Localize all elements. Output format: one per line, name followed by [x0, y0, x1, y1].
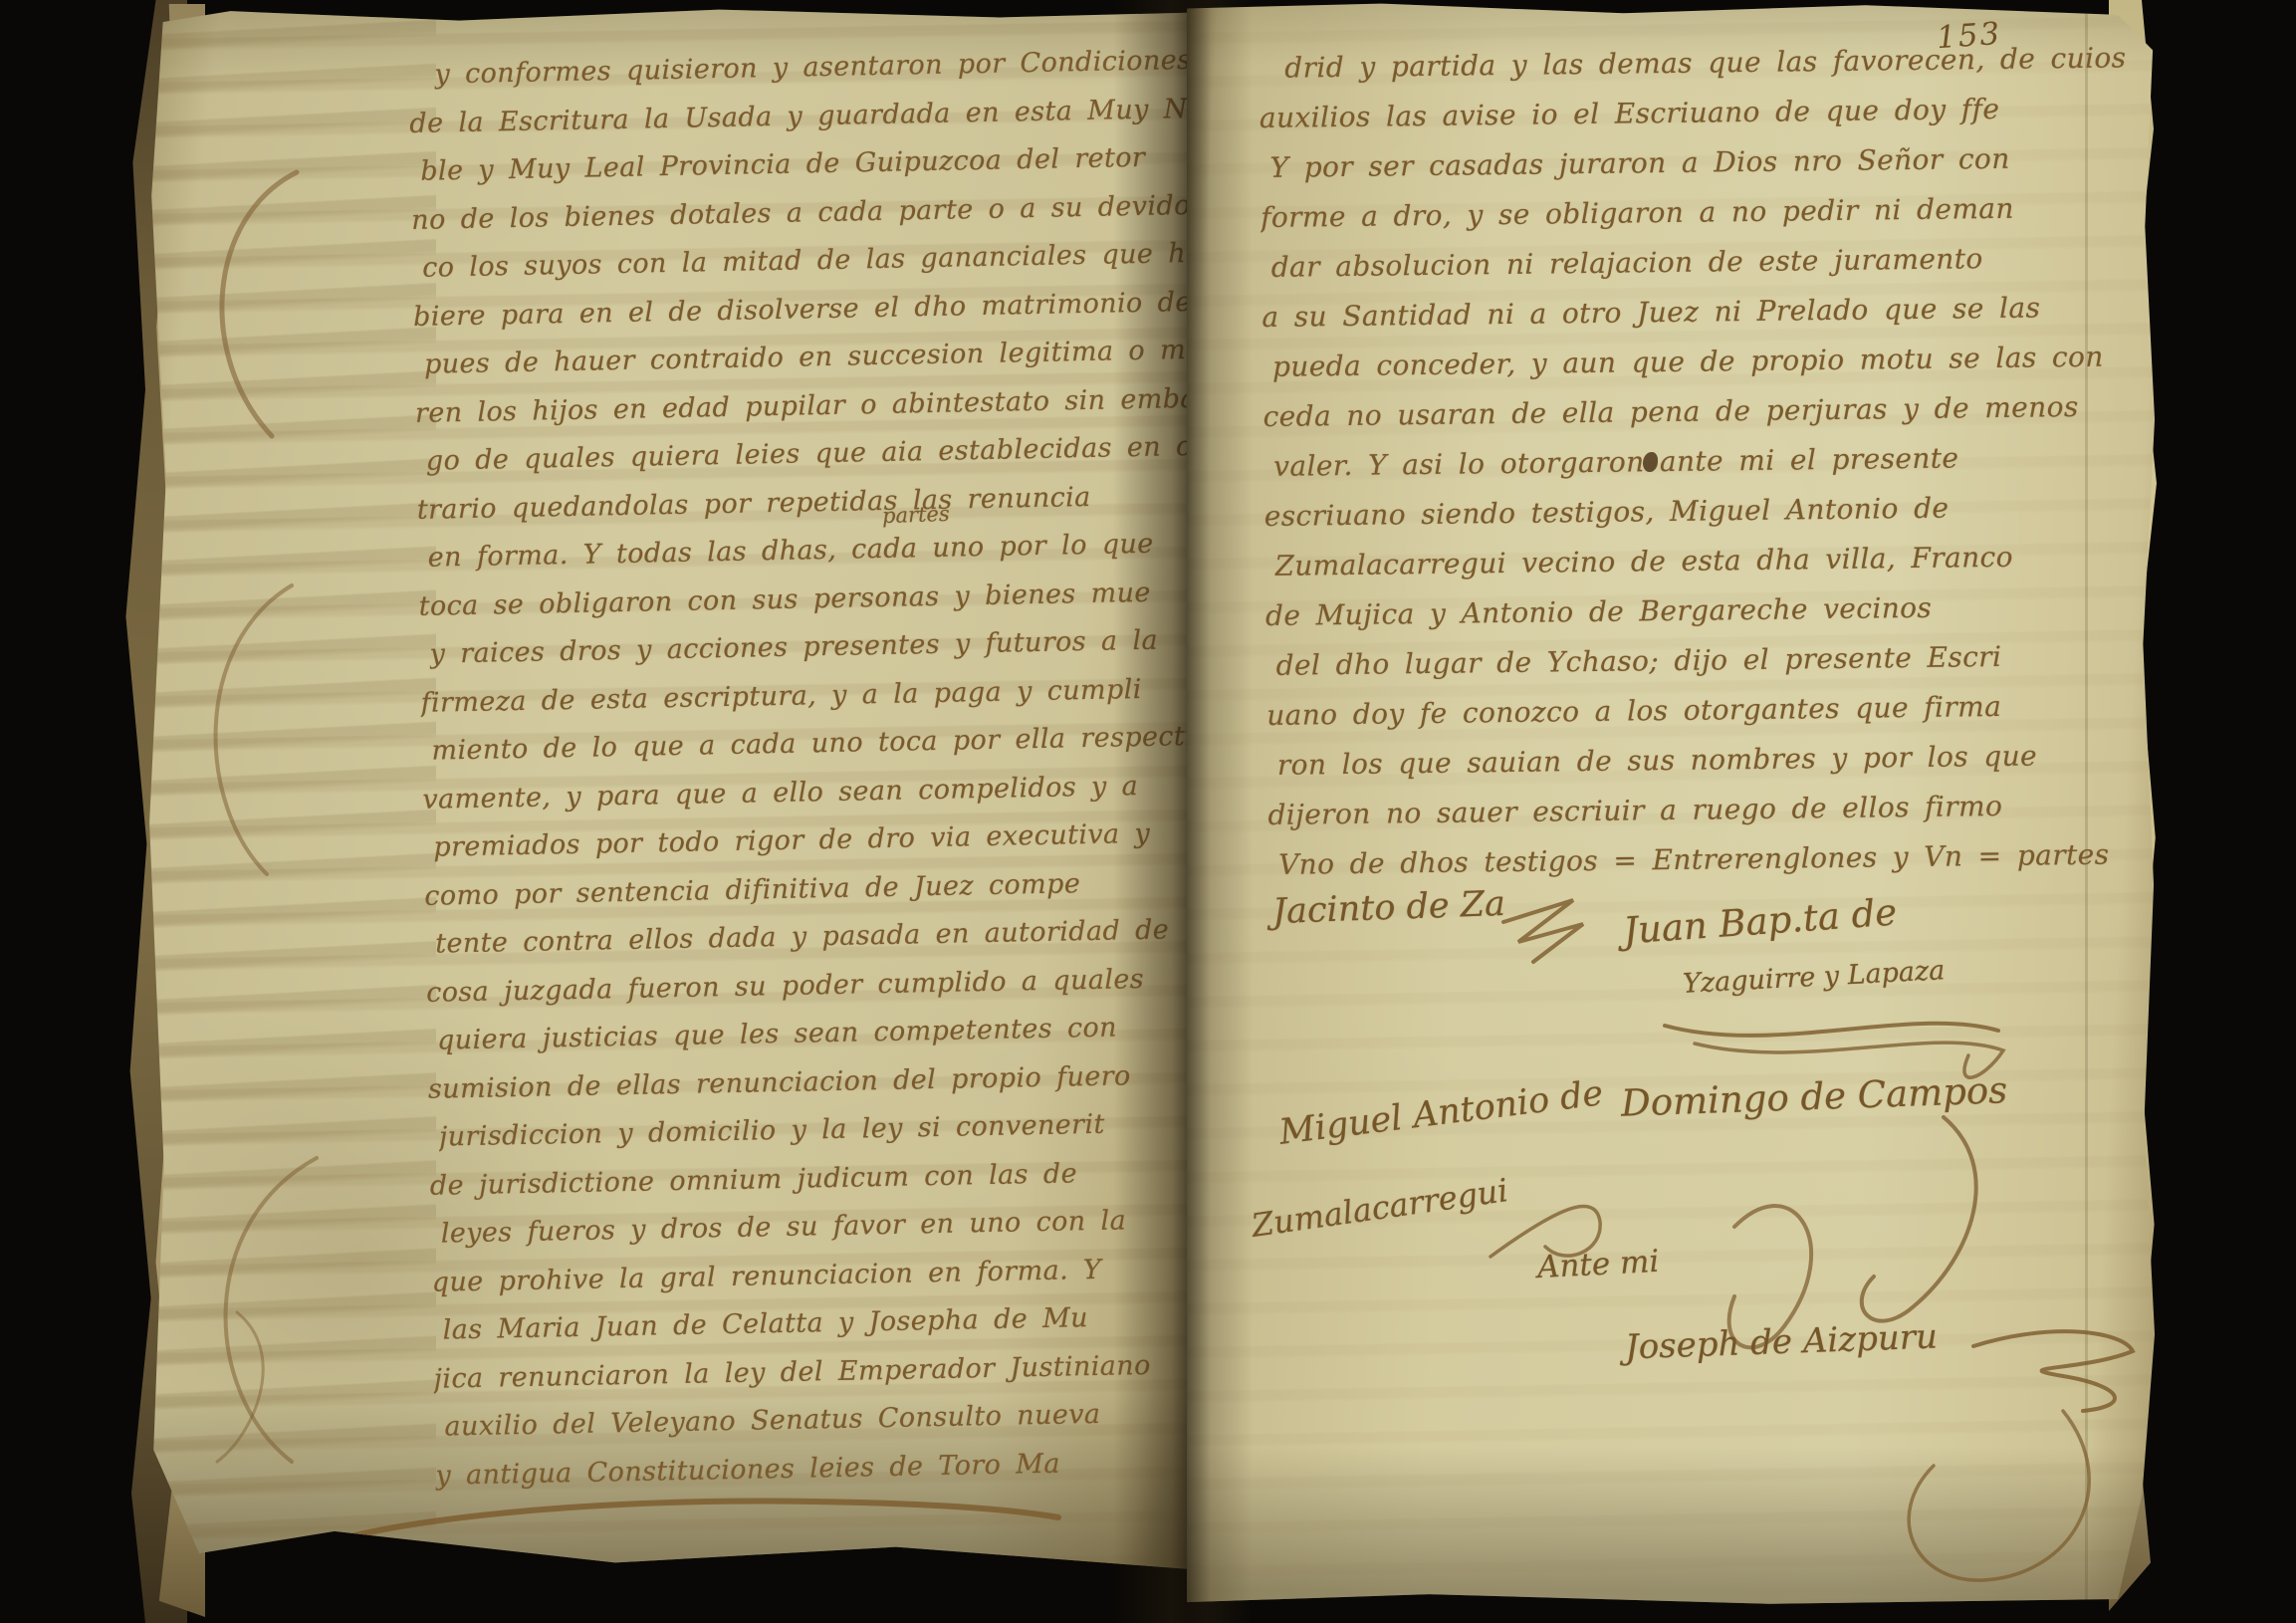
manuscript-line: Vno de dhos testigos = Entrerenglones y … [1278, 829, 2156, 890]
rubric-flourish [1824, 1316, 2153, 1605]
signature-juan-bautista: Juan Bap.ta de [1622, 890, 1899, 952]
signature-joseph-escribano: Joseph de Aizpuru [1624, 1317, 1938, 1368]
right-page: 153 drid y partida y las demas que las f… [1187, 2, 2157, 1607]
signature-juan-bautista-line2: Yzaguirre y Lapaza [1682, 955, 1946, 1000]
right-page-text-block: drid y partida y las demas que las favor… [1259, 33, 2155, 890]
interline-insertion: partes [882, 502, 950, 528]
signature-miguel-antonio-line2: Zumalacarregui [1250, 1171, 1510, 1245]
rubric-flourish [1493, 882, 1603, 972]
left-page: y conformes quisieron y asentaron por Co… [147, 8, 1187, 1575]
margin-flourish [177, 1133, 346, 1492]
bleed-through-margin [147, 8, 436, 1575]
margin-flourish [177, 157, 327, 476]
left-page-text-block: y conformes quisieron y asentaron por Co… [408, 37, 1223, 1501]
manuscript-line: drid y partida y las demas que las favor… [1284, 33, 2146, 94]
margin-flourish [167, 566, 317, 904]
signature-miguel-antonio: Miguel Antonio de [1277, 1073, 1605, 1153]
signature-ante-mi: Ante mi [1536, 1244, 1660, 1285]
signature-jacinto: Jacinto de Za [1271, 884, 1505, 932]
signature-domingo-de-campos: Domingo de Campos [1620, 1068, 2007, 1125]
